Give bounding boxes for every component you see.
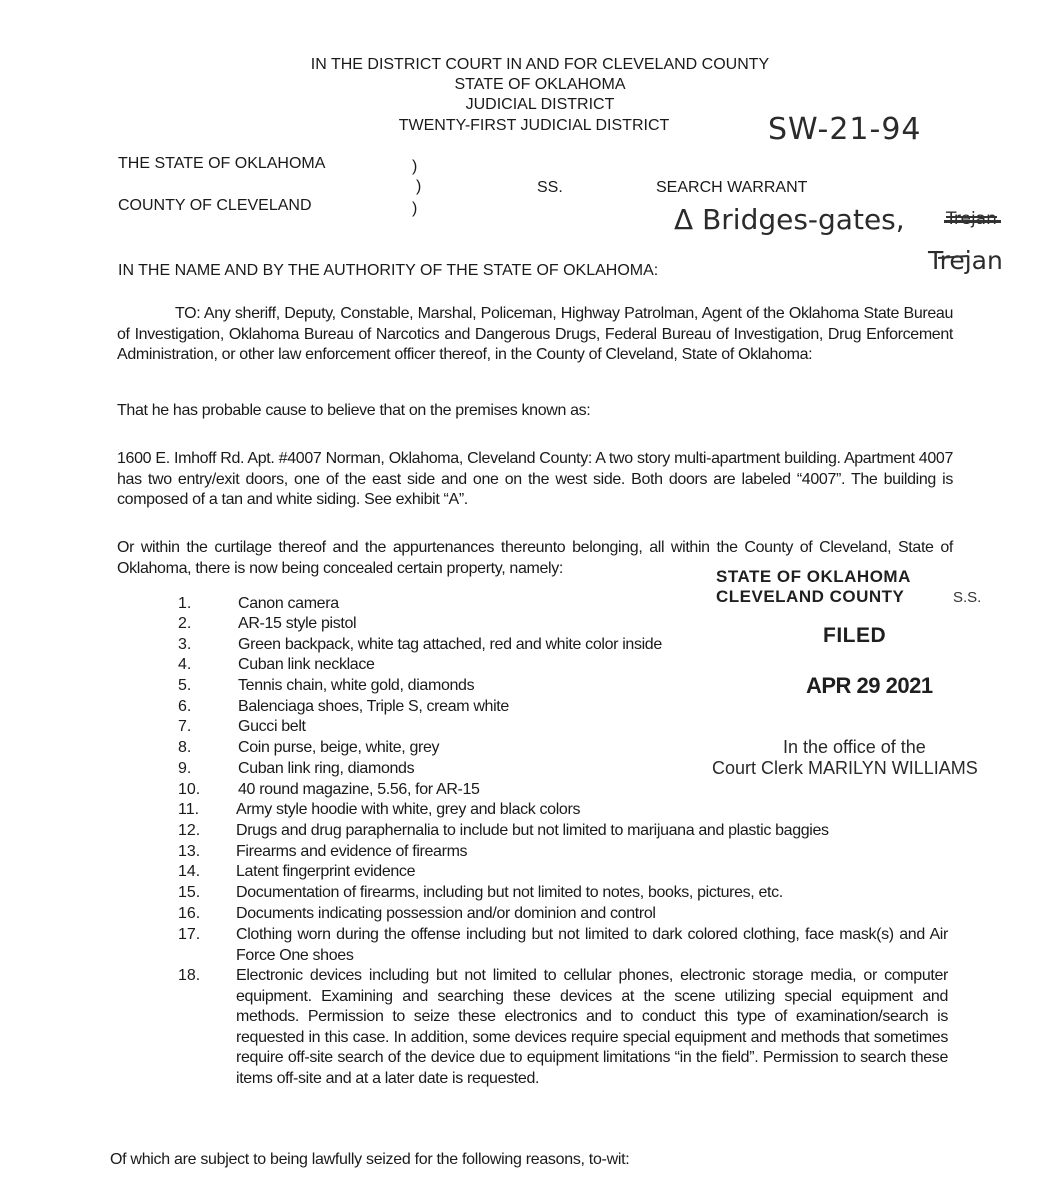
list-item-text: Documentation of firearms, including but… [236, 883, 948, 904]
list-item-number: 17. [178, 925, 218, 946]
handwritten-defendant: Δ Bridges-gates, [674, 203, 905, 236]
list-item-number: 12. [178, 821, 218, 842]
handwritten-case-number: SW-21-94 [768, 112, 922, 147]
list-item-number: 8. [178, 738, 218, 759]
stamp-state: STATE OF OKLAHOMA [716, 567, 911, 587]
list-item-number: 18. [178, 966, 218, 987]
defendant-name: Bridges-gates, [702, 203, 905, 236]
stamp-filed: FILED [823, 624, 886, 648]
caption-paren-1: ) [412, 158, 417, 176]
list-item-text: Latent fingerprint evidence [236, 862, 948, 883]
list-item-text: Firearms and evidence of firearms [236, 842, 948, 863]
list-item-number: 16. [178, 904, 218, 925]
list-item-number: 6. [178, 697, 218, 718]
caption-state: THE STATE OF OKLAHOMA [118, 155, 325, 173]
list-item-number: 13. [178, 842, 218, 863]
list-item-number: 9. [178, 759, 218, 780]
list-item-text: Gucci belt [238, 717, 950, 738]
stamp-date: APR 29 2021 [806, 673, 933, 699]
list-item-number: 3. [178, 635, 218, 656]
list-item-text: Documents indicating possession and/or d… [236, 904, 948, 925]
delta-symbol: Δ [674, 203, 693, 236]
probable-cause-line: That he has probable cause to believe th… [117, 401, 953, 422]
stamp-ss: S.S. [953, 589, 981, 606]
caption-paren-2: ) [416, 178, 421, 196]
list-item-text: Electronic devices including but not lim… [236, 966, 948, 1089]
stamp-office-line-2: Court Clerk MARILYN WILLIAMS [712, 758, 978, 779]
authority-line: IN THE NAME AND BY THE AUTHORITY OF THE … [118, 262, 658, 280]
caption-paren-3: ) [412, 200, 417, 218]
corrected-name: Trejan [928, 246, 1003, 275]
list-item-number: 15. [178, 883, 218, 904]
list-item-number: 7. [178, 717, 218, 738]
caption-county: COUNTY OF CLEVELAND [118, 197, 312, 215]
list-item-number: 10. [178, 780, 218, 801]
closing-line: Of which are subject to being lawfully s… [110, 1151, 629, 1169]
struck-name: Trejan [946, 209, 997, 229]
court-header-line-1: IN THE DISTRICT COURT IN AND FOR CLEVELA… [0, 56, 1062, 74]
list-item-number: 2. [178, 614, 218, 635]
list-item-number: 11. [178, 800, 218, 821]
list-item-number: 5. [178, 676, 218, 697]
court-header-line-2: STATE OF OKLAHOMA [0, 76, 1062, 94]
list-item-text: Clothing worn during the offense includi… [236, 925, 948, 966]
list-item-text: Army style hoodie with white, grey and b… [236, 800, 948, 821]
to-paragraph: TO: Any sheriff, Deputy, Constable, Mars… [117, 304, 953, 366]
list-item-text: Balenciaga shoes, Triple S, cream white [238, 697, 950, 718]
list-item-number: 1. [178, 594, 218, 615]
list-item-text: Drugs and drug paraphernalia to include … [236, 821, 948, 842]
document-type: SEARCH WARRANT [656, 179, 807, 197]
list-item-number: 14. [178, 862, 218, 883]
list-item-text: 40 round magazine, 5.56, for AR-15 [238, 780, 950, 801]
caption-ss: SS. [537, 179, 563, 197]
list-item-number: 4. [178, 655, 218, 676]
struck-name-text: Trejan [946, 209, 997, 229]
stamp-county: CLEVELAND COUNTY [716, 587, 904, 607]
stamp-office-line-1: In the office of the [783, 737, 926, 758]
premises-description: 1600 E. Imhoff Rd. Apt. #4007 Norman, Ok… [117, 449, 953, 511]
